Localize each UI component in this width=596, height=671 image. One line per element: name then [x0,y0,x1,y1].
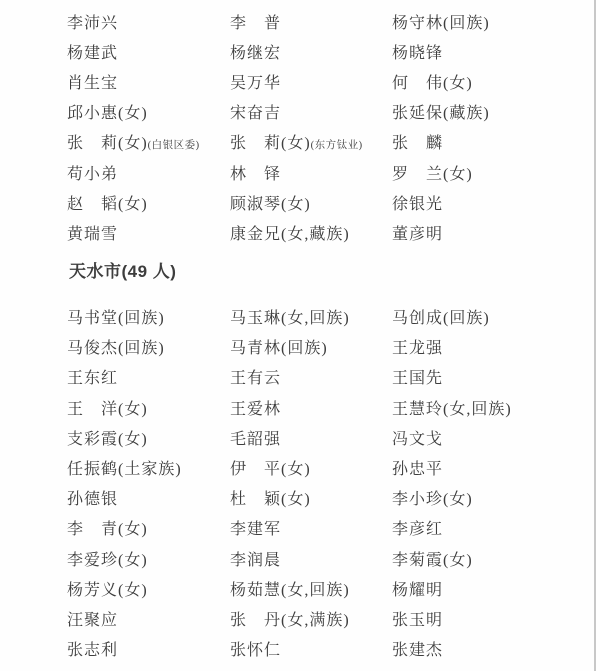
delegate-name: 王国先 [392,370,443,387]
delegate-name-cell: 苟小弟 [67,161,230,184]
delegate-name-cell: 赵 韬(女) [67,191,230,214]
delegate-name-cell: 孙德银 [67,486,230,509]
delegate-row: 张志利张怀仁张建杰 [0,634,596,664]
delegate-name: 张 莉(女) [67,135,148,152]
delegate-name: 李 青(女) [67,521,148,538]
name-list-tianshui: 马书堂(回族)马玉琳(女,回族)马创成(回族)马俊杰(回族)马青林(回族)王龙强… [0,302,596,664]
delegate-name: 顾淑琴(女) [230,196,311,213]
delegate-name: 杨晓锋 [392,45,443,62]
delegate-row: 马书堂(回族)马玉琳(女,回族)马创成(回族) [0,302,596,332]
delegate-row: 杨建武杨继宏杨晓锋 [0,36,596,66]
delegate-row: 马俊杰(回族)马青林(回族)王龙强 [0,332,596,362]
delegate-name-cell: 杨茹慧(女,回族) [230,577,392,600]
delegate-name: 苟小弟 [67,166,118,183]
delegate-name: 马青林(回族) [230,340,328,357]
delegate-row: 王 洋(女)王爱林王慧玲(女,回族) [0,392,596,422]
delegate-row: 支彩霞(女)毛韶强冯文戈 [0,422,596,452]
delegate-name-cell: 杨晓锋 [392,40,443,63]
delegate-row: 苟小弟林 铎罗 兰(女) [0,157,596,187]
delegate-name: 董彦明 [392,226,443,243]
delegate-name-cell: 张怀仁 [230,637,392,660]
delegate-name-cell: 林 铎 [230,161,392,184]
delegate-name-cell: 张 麟 [392,130,443,153]
delegate-name: 杨建武 [67,45,118,62]
delegate-name: 宋奋吉 [230,105,281,122]
delegate-name-cell: 李菊霞(女) [392,547,473,570]
delegate-name-cell: 冯文戈 [392,426,443,449]
city-section-header: 天水市(49 人) [69,260,596,284]
delegate-row: 肖生宝吴万华何 伟(女) [0,66,596,96]
delegate-name-cell: 李彦红 [392,516,443,539]
delegate-name: 杨茹慧(女,回族) [230,582,350,599]
delegate-name-cell: 王东红 [67,365,230,388]
delegate-row: 汪聚应张 丹(女,满族)张玉明 [0,603,596,633]
delegate-row: 黄瑞雪康金兄(女,藏族)董彦明 [0,217,596,247]
delegate-name: 徐银光 [392,196,443,213]
document-page: 李沛兴李 普杨守林(回族)杨建武杨继宏杨晓锋肖生宝吴万华何 伟(女)邱小惠(女)… [0,0,596,671]
delegate-name: 肖生宝 [67,75,118,92]
delegate-name: 王龙强 [392,340,443,357]
delegate-name: 孙德银 [67,491,118,508]
delegate-row: 张 莉(女)(白银区委)张 莉(女)(东方钛业)张 麟 [0,127,596,157]
org-note: (白银区委) [148,140,200,151]
delegate-name: 任振鹤(土家族) [67,461,182,478]
delegate-name: 张延保(藏族) [392,105,490,122]
delegate-name: 杨芳义(女) [67,582,148,599]
delegate-name: 王东红 [67,370,118,387]
delegate-name-cell: 张 丹(女,满族) [230,607,392,630]
delegate-name: 马玉琳(女,回族) [230,310,350,327]
delegate-name-cell: 王慧玲(女,回族) [392,396,512,419]
delegate-name-cell: 马书堂(回族) [67,305,230,328]
delegate-name: 汪聚应 [67,612,118,629]
delegate-name-cell: 李润晨 [230,547,392,570]
delegate-name-cell: 王爱林 [230,396,392,419]
delegate-name: 马书堂(回族) [67,310,165,327]
delegate-name: 吴万华 [230,75,281,92]
delegate-name-cell: 张玉明 [392,607,443,630]
delegate-name-cell: 马创成(回族) [392,305,490,328]
delegate-name: 李润晨 [230,552,281,569]
delegate-name-cell: 汪聚应 [67,607,230,630]
delegate-row: 任振鹤(土家族)伊 平(女)孙忠平 [0,452,596,482]
delegate-name-cell: 李 青(女) [67,516,230,539]
delegate-name: 孙忠平 [392,461,443,478]
delegate-name-cell: 王有云 [230,365,392,388]
delegate-name-cell: 宋奋吉 [230,100,392,123]
delegate-name: 支彩霞(女) [67,431,148,448]
delegate-name-cell: 孙忠平 [392,456,443,479]
delegate-row: 李沛兴李 普杨守林(回族) [0,6,596,36]
delegate-name-cell: 罗 兰(女) [392,161,473,184]
delegate-name-cell: 黄瑞雪 [67,221,230,244]
delegate-name: 毛韶强 [230,431,281,448]
delegate-name: 李建军 [230,521,281,538]
delegate-name: 马创成(回族) [392,310,490,327]
delegate-name-cell: 支彩霞(女) [67,426,230,449]
delegate-name-cell: 肖生宝 [67,70,230,93]
delegate-name: 李小珍(女) [392,491,473,508]
delegate-name: 何 伟(女) [392,75,473,92]
delegate-name-cell: 李 普 [230,10,392,33]
delegate-name: 李菊霞(女) [392,552,473,569]
delegate-name-cell: 杨守林(回族) [392,10,490,33]
delegate-name: 李彦红 [392,521,443,538]
delegate-name-cell: 任振鹤(土家族) [67,456,230,479]
delegate-name-cell: 李小珍(女) [392,486,473,509]
delegate-name-cell: 张 莉(女)(白银区委) [67,130,230,153]
delegate-name-cell: 王龙强 [392,335,443,358]
delegate-name: 张怀仁 [230,642,281,659]
delegate-name-cell: 王国先 [392,365,443,388]
delegate-name: 杨继宏 [230,45,281,62]
delegate-name: 马俊杰(回族) [67,340,165,357]
name-list-upper: 李沛兴李 普杨守林(回族)杨建武杨继宏杨晓锋肖生宝吴万华何 伟(女)邱小惠(女)… [0,0,596,248]
delegate-name-cell: 杨建武 [67,40,230,63]
delegate-name-cell: 康金兄(女,藏族) [230,221,392,244]
delegate-name: 王 洋(女) [67,401,148,418]
delegate-name-cell: 张建杰 [392,637,443,660]
delegate-name-cell: 马俊杰(回族) [67,335,230,358]
delegate-row: 孙德银杜 颖(女)李小珍(女) [0,483,596,513]
delegate-name: 张 麟 [392,135,443,152]
delegate-name: 邱小惠(女) [67,105,148,122]
delegate-name: 杜 颖(女) [230,491,311,508]
delegate-name-cell: 李爱珍(女) [67,547,230,570]
delegate-name: 李沛兴 [67,15,118,32]
delegate-row: 王东红王有云王国先 [0,362,596,392]
delegate-name-cell: 徐银光 [392,191,443,214]
delegate-name-cell: 毛韶强 [230,426,392,449]
delegate-name: 杨守林(回族) [392,15,490,32]
delegate-name-cell: 马玉琳(女,回族) [230,305,392,328]
delegate-row: 邱小惠(女)宋奋吉张延保(藏族) [0,97,596,127]
delegate-name-cell: 张志利 [67,637,230,660]
delegate-row: 李 青(女)李建军李彦红 [0,513,596,543]
delegate-name-cell: 杨芳义(女) [67,577,230,600]
delegate-name-cell: 吴万华 [230,70,392,93]
delegate-name: 王爱林 [230,401,281,418]
delegate-name-cell: 何 伟(女) [392,70,473,93]
delegate-name: 黄瑞雪 [67,226,118,243]
delegate-row: 赵 韬(女)顾淑琴(女)徐银光 [0,187,596,217]
delegate-name: 康金兄(女,藏族) [230,226,350,243]
delegate-name-cell: 杨耀明 [392,577,443,600]
delegate-name-cell: 李建军 [230,516,392,539]
delegate-name-cell: 顾淑琴(女) [230,191,392,214]
delegate-name: 李爱珍(女) [67,552,148,569]
delegate-name-cell: 董彦明 [392,221,443,244]
delegate-name-cell: 王 洋(女) [67,396,230,419]
delegate-name-cell: 杨继宏 [230,40,392,63]
delegate-name-cell: 邱小惠(女) [67,100,230,123]
delegate-name: 王慧玲(女,回族) [392,401,512,418]
delegate-name: 冯文戈 [392,431,443,448]
delegate-name-cell: 杜 颖(女) [230,486,392,509]
delegate-row: 杨芳义(女)杨茹慧(女,回族)杨耀明 [0,573,596,603]
delegate-name-cell: 伊 平(女) [230,456,392,479]
delegate-name: 杨耀明 [392,582,443,599]
delegate-name: 张志利 [67,642,118,659]
delegate-name: 林 铎 [230,166,281,183]
delegate-name: 李 普 [230,15,281,32]
delegate-name: 张 莉(女) [230,135,311,152]
delegate-name-cell: 李沛兴 [67,10,230,33]
delegate-name: 张建杰 [392,642,443,659]
delegate-name: 张玉明 [392,612,443,629]
delegate-name: 王有云 [230,370,281,387]
delegate-row: 李爱珍(女)李润晨李菊霞(女) [0,543,596,573]
delegate-name: 罗 兰(女) [392,166,473,183]
delegate-name-cell: 马青林(回族) [230,335,392,358]
delegate-name: 伊 平(女) [230,461,311,478]
delegate-name-cell: 张延保(藏族) [392,100,490,123]
delegate-name-cell: 张 莉(女)(东方钛业) [230,130,392,153]
org-note: (东方钛业) [311,140,363,151]
delegate-name: 张 丹(女,满族) [230,612,350,629]
delegate-name: 赵 韬(女) [67,196,148,213]
